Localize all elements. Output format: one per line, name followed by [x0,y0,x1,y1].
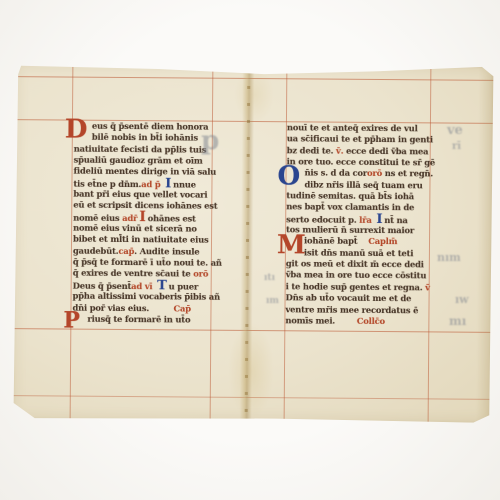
body-text: git os meū et dixit m̄ ecce dedi [286,258,424,269]
body-text: Dn̄s ab ut̄o vocauit me et de [286,292,412,303]
body-text: q̄ p̄sq̄ te formarē ī ut̄o noui te. añ [73,257,222,268]
text-line: fideliū mentes dirige in viā salu [74,166,228,179]
body-text: isit dn̄s manū suā et teti [304,247,413,258]
body-text: n̄is s. d da cor [305,168,368,178]
body-text: nomē eius [73,212,122,222]
body-text: nouī te et anteq̄ exires de vul [287,122,418,133]
manuscript-leaf: eus q̄ p̄sentē diem honorabilē nobis in … [12,62,495,424]
body-text: nnue [173,179,196,189]
center-fold-crease [240,64,255,422]
photo-background: eus q̄ p̄sentē diem honorabilē nobis in … [0,0,500,500]
body-text: ua sc̄ificaui te et pp̄ham in genti [287,134,433,145]
body-text: serto edocuit p. [286,214,359,225]
body-text: natiuitate fecisti da pp̄lis tuis [74,143,207,154]
right-page-text-column: nouī te et anteq̄ exires de vulua sc̄ifi… [285,122,441,327]
body-text: riusq̄ te formarē in ut̄o [87,314,190,325]
manuscript-leaf-wrapper: eus q̄ p̄sentē diem honorabilē nobis in … [12,62,495,424]
body-text: eus q̄ p̄sentē diem honora [92,121,209,132]
body-text: . Audite insule [134,246,199,257]
illuminated-initial-O: O [277,164,300,190]
rubric-text: v̄ [425,282,430,292]
rubric-text: adr̄ [122,213,137,223]
left-page-text-column: eus q̄ p̄sentē diem honorabilē nobis in … [72,121,228,326]
rubric-text: v̄. [336,145,346,155]
body-text: bant pr̄i eius que vellet vocari [73,189,207,200]
body-text: v̄ba mea in ore tuo ecce cōstitu [286,270,427,281]
body-text: in ore tuo. ecce constitui te sr̄ gē [287,156,435,167]
body-text: nt̄ na [384,215,407,225]
body-text: bilē nobis in bt̄i iohānis [92,132,198,143]
body-text: nes bapt̄ vox clamantis in de [286,202,414,213]
body-text: nomīs mei. [285,315,356,326]
body-text: tis et̄ne p dn̄m. [73,178,141,189]
illuminated-initial-M: M [277,232,306,258]
rubric-text: orō [367,168,382,178]
body-text: bibet et ml̄ti in natiuitate eius [73,234,209,245]
body-text: pp̄ha altissimi vocaberis p̄ibis añ [73,291,220,302]
body-text: dibz nr̄is illā seq̄ tuam eru [304,179,422,190]
rubric-text: Caplm̄ [368,236,397,246]
body-text: ventre mr̄is mee recordatus ē [285,304,418,315]
rubric-text: Collc̄o [357,316,385,326]
body-text: tudinē semitas. quā bt̄s iohā [286,190,414,201]
body-text: sp̄ualiū gaudioz grām et oīm [74,155,203,166]
text-line: riusq̄ te formarē in ut̄o [72,313,226,326]
body-text: ecce dedi v̄ba mea [346,145,428,156]
body-text: gaudebūt. [73,245,119,255]
body-text: iohānē bapt̄ [304,236,368,247]
body-text: q̄ exires de ventre sc̄aui te [73,268,194,279]
text-line: q̄ exires de ventre sc̄aui te orō [73,268,227,281]
body-text: dn̄i por̄ vias eius. [72,302,173,313]
illuminated-initial-P: P [63,309,80,331]
body-text: ns et regn̄. [382,168,433,178]
body-text: i te hodie sup̄ gentes et regna. [286,281,426,292]
body-text: nomē eius vinū et sicerā no [73,223,197,234]
rubric-text: ad p̄ [141,179,163,189]
rubric-text: cap̄ [118,246,134,256]
rubric-text: orō [193,269,208,279]
rubric-text: lr̄a [359,215,374,225]
body-text: Deus q̄ p̄sent̄ [73,280,132,290]
illuminated-initial-D: D [65,117,88,143]
text-line: eū et scripsit dicens iohānes est [73,200,227,213]
body-text: u puer [169,281,199,291]
rubric-text: ad vī [131,281,155,291]
body-text: ohānes est [148,213,196,223]
text-line: nomīs mei. Collc̄o [285,315,439,328]
body-text: fideliū mentes dirige in viā salu [74,166,217,177]
rubric-text: Cap̄ [173,303,190,313]
vellum-edge-darkening [476,66,495,424]
body-text: bz dedi te. [287,145,336,155]
text-line: nes bapt̄ vox clamantis in de [286,202,440,215]
